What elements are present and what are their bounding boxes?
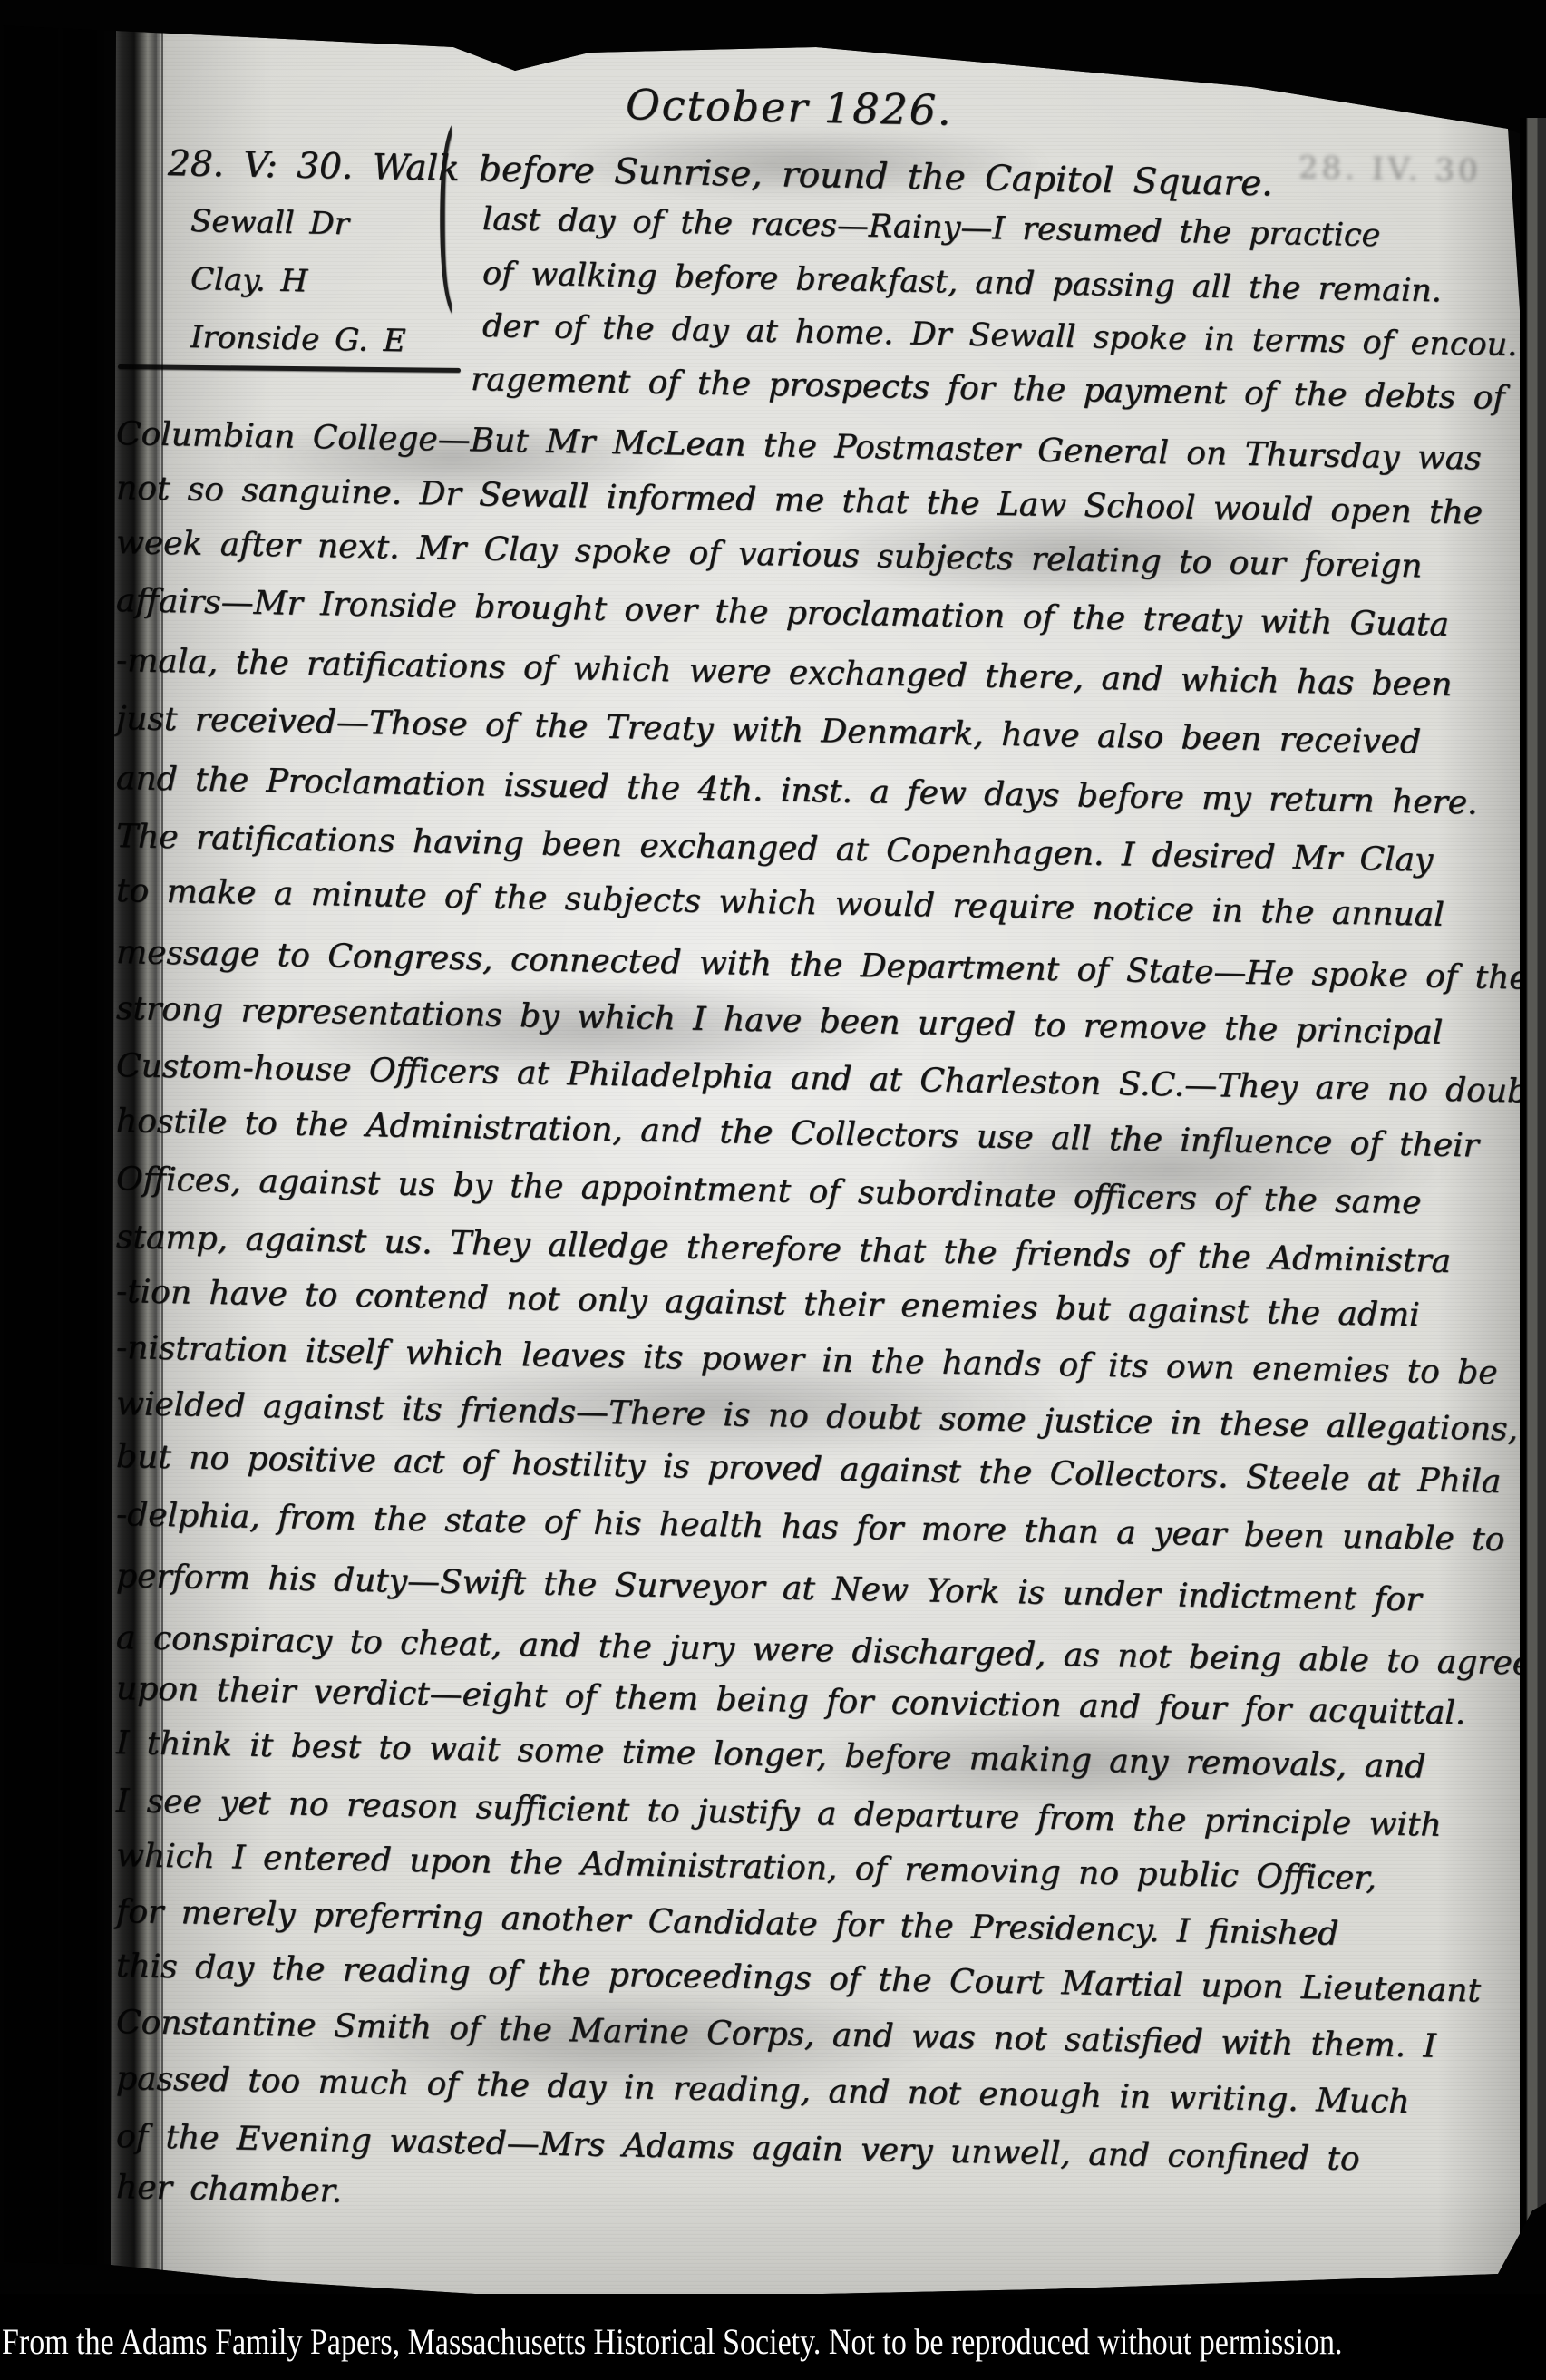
manuscript-line: but no positive act of hostility is prov… xyxy=(116,1438,1502,1501)
manuscript-line: stamp, against us. They alledge therefor… xyxy=(116,1219,1452,1280)
manuscript-line: just received—Those of the Treaty with D… xyxy=(116,700,1422,761)
manuscript-line: -delphia, from the state of his health h… xyxy=(116,1496,1505,1559)
manuscript-line: Offices, against us by the appointment o… xyxy=(116,1161,1422,1221)
manuscript-line: last day of the races—Rainy—I resumed th… xyxy=(482,201,1381,254)
manuscript-line: I think it best to wait some time longer… xyxy=(116,1724,1426,1785)
photo-border-right xyxy=(1520,118,1546,2239)
manuscript-line: upon their verdict—eight of them being f… xyxy=(116,1670,1466,1732)
manuscript-line: Constantine Smith of the Marine Corps, a… xyxy=(116,2004,1436,2065)
margin-note: Ironside G. E xyxy=(190,319,406,359)
manuscript-line: wielded against its friends—There is no … xyxy=(116,1385,1519,1448)
margin-brace: ( xyxy=(436,90,454,330)
bleedthrough-note: 28. IV. 30 xyxy=(1298,150,1483,189)
scanned-diary-photo: October 1826. 28. V: 30. Walk before Sun… xyxy=(0,0,1546,2380)
manuscript-line: strong representations by which I have b… xyxy=(116,990,1444,1052)
margin-note: Sewall Dr xyxy=(190,203,350,242)
manuscript-line: not so sanguine. Dr Sewall informed me t… xyxy=(116,470,1483,532)
manuscript-line: Custom-house Officers at Philadelphia an… xyxy=(116,1047,1541,1111)
manuscript-line: -nistration itself which leaves its powe… xyxy=(116,1329,1498,1392)
manuscript-line: -mala, the ratifications of which were e… xyxy=(116,642,1453,704)
entry-heading: 28. V: 30. Walk before Sunrise, round th… xyxy=(168,143,1273,204)
diary-page: October 1826. 28. V: 30. Walk before Sun… xyxy=(0,0,1546,2380)
manuscript-line: of walking before breakfast, and passing… xyxy=(482,256,1443,309)
manuscript-line: -tion have to contend not only against t… xyxy=(116,1273,1420,1334)
manuscript-line: and the Proclamation issued the 4th. ins… xyxy=(116,760,1478,822)
manuscript-line: to make a minute of the subjects which w… xyxy=(116,872,1444,934)
manuscript-text: October 1826. 28. V: 30. Walk before Sun… xyxy=(0,0,1546,2380)
manuscript-line: I see yet no reason sufficient to justif… xyxy=(116,1783,1442,1844)
manuscript-line: The ratifications having been exchanged … xyxy=(116,818,1434,879)
manuscript-line: for merely preferring another Candidate … xyxy=(116,1893,1339,1953)
manuscript-line: Columbian College—But Mr McLean the Post… xyxy=(116,415,1482,478)
manuscript-line: of the Evening wasted—Mrs Adams again ve… xyxy=(116,2118,1360,2178)
manuscript-line: passed too much of the day in reading, a… xyxy=(116,2060,1410,2121)
manuscript-line: perform his duty—Swift the Surveyor at N… xyxy=(116,1558,1422,1618)
margin-underline xyxy=(118,364,461,373)
manuscript-line: this day the reading of the proceedings … xyxy=(116,1948,1482,2010)
manuscript-line: affairs—Mr Ironside brought over the pro… xyxy=(116,582,1450,644)
archive-caption: From the Adams Family Papers, Massachuse… xyxy=(2,2323,1342,2364)
manuscript-line: week after next. Mr Clay spoke of variou… xyxy=(116,524,1423,585)
manuscript-line: which I entered upon the Administration,… xyxy=(116,1837,1377,1897)
manuscript-line: message to Congress, connected with the … xyxy=(116,934,1529,997)
manuscript-line: der of the day at home. Dr Sewall spoke … xyxy=(482,308,1518,364)
margin-note: Clay. H xyxy=(190,261,308,299)
manuscript-line: ragement of the prospects for the paymen… xyxy=(471,361,1546,418)
manuscript-line: a conspiracy to cheat, and the jury were… xyxy=(116,1619,1532,1683)
book-spine-edge xyxy=(0,0,163,2292)
manuscript-line: hostile to the Administration, and the C… xyxy=(116,1103,1479,1165)
month-header: October 1826. xyxy=(626,80,954,135)
